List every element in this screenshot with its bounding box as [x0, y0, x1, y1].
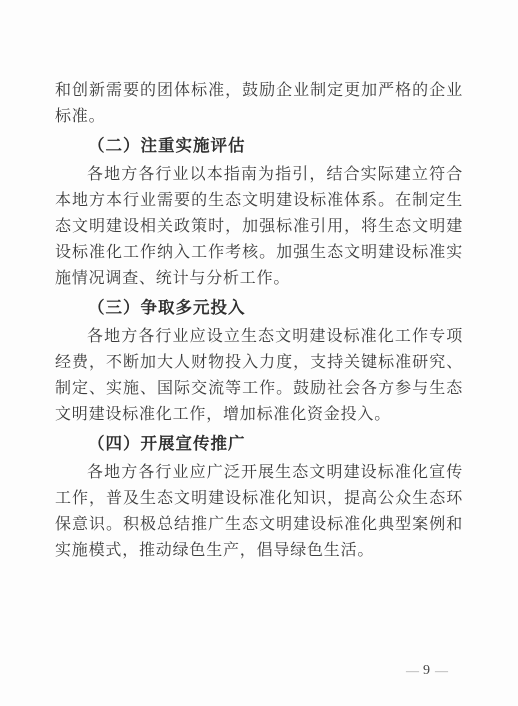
footer-dash-right: — — [435, 662, 447, 680]
section-body-4: 各地方各行业应广泛开展生态文明建设标准化宣传工作，普及生态文明建设标准化知识，提… — [55, 460, 463, 564]
section-body-2: 各地方各行业以本指南为指引，结合实际建立符合本地方本行业需要的生态文明建设标准体… — [55, 162, 463, 292]
section-heading-2: （二）注重实施评估 — [55, 133, 463, 159]
continuation-paragraph: 和创新需要的团体标准，鼓励企业制定更加严格的企业标准。 — [55, 78, 463, 130]
footer-dash-left: — — [406, 662, 418, 680]
document-page: 和创新需要的团体标准，鼓励企业制定更加严格的企业标准。 （二）注重实施评估 各地… — [0, 0, 518, 706]
section-heading-3: （三）争取多元投入 — [55, 295, 463, 321]
section-body-3: 各地方各行业应设立生态文明建设标准化工作专项经费，不断加大人财物投入力度，支持关… — [55, 324, 463, 428]
page-content: 和创新需要的团体标准，鼓励企业制定更加严格的企业标准。 （二）注重实施评估 各地… — [55, 78, 463, 564]
page-footer: — 9 — — [406, 662, 447, 680]
page-number: 9 — [423, 662, 430, 680]
section-heading-4: （四）开展宣传推广 — [55, 431, 463, 457]
